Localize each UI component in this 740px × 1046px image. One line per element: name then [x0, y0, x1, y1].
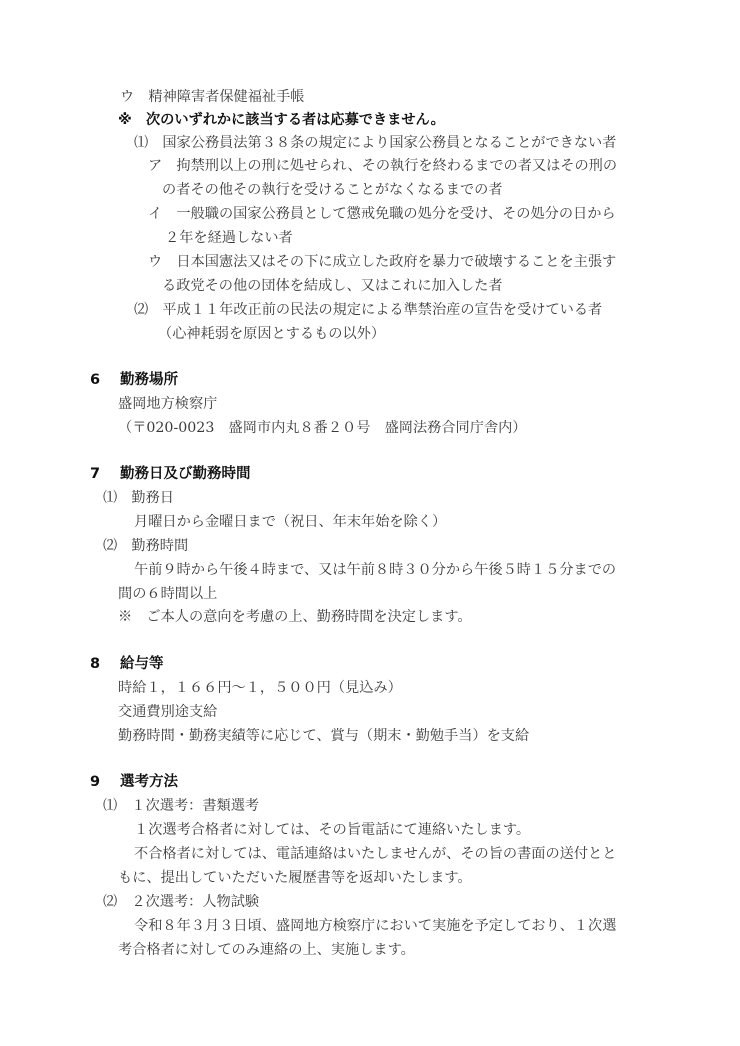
- text-line: １次選考合格者に対しては、その旨電話にて連絡いたします。: [134, 820, 530, 840]
- text-line: ウ 精神障害者保健福祉手帳: [120, 87, 304, 107]
- text-line: （心神耗弱を原因とするもの以外）: [158, 324, 385, 344]
- text-line: ウ 日本国憲法又はその下に成立した政府を暴力で破壊することを主張す: [148, 252, 616, 272]
- section-heading: 9選考方法: [90, 772, 178, 792]
- notice-heading: ※ 次のいずれかに該当する者は応募できません。: [118, 110, 445, 130]
- text-line: ア 拘禁刑以上の刑に処せられ、その執行を終わるまでの者又はその刑の: [148, 156, 617, 176]
- text-line: ⑴ 国家公務員法第３８条の規定により国家公務員となることができない者: [134, 133, 616, 153]
- text-line: 午前９時から午後４時まで、又は午前８時３０分から午後５時１５分までの: [134, 560, 616, 580]
- section-heading: 7勤務日及び勤務時間: [90, 464, 251, 484]
- section-title: 勤務場所: [120, 372, 178, 388]
- section-title: 給与等: [120, 656, 164, 672]
- text-line: ⑵ ２次選考：人物試験: [103, 892, 259, 912]
- section-number: 9: [90, 772, 120, 792]
- text-line: 不合格者に対しては、電話連絡はいたしませんが、その旨の書面の送付とと: [134, 844, 616, 864]
- text-line: 考合格者に対してのみ連絡の上、実施します。: [118, 940, 415, 960]
- text-line: 時給１，１６６円～１，５００円（見込み）: [118, 678, 402, 698]
- text-line: ⑴ １次選考：書類選考: [103, 796, 259, 816]
- section-number: 6: [90, 370, 120, 390]
- text-line: る政党その他の団体を結成し、又はこれに加入した者: [162, 276, 503, 296]
- text-line: ⑴ 勤務日: [103, 488, 174, 508]
- text-line: 月曜日から金曜日まで（祝日、年末年始を除く）: [134, 512, 446, 532]
- text-line: 交通費別途支給: [118, 702, 217, 722]
- text-line: 盛岡地方検察庁: [118, 394, 217, 414]
- text-line: イ 一般職の国家公務員として懲戒免職の処分を受け、その処分の日から: [148, 204, 616, 224]
- text-line: ⑵ 平成１１年改正前の民法の規定による準禁治産の宣告を受けている者: [134, 300, 602, 320]
- text-line: ⑵ 勤務時間: [103, 536, 188, 556]
- section-heading: 6勤務場所: [90, 370, 178, 390]
- section-heading: 8給与等: [90, 654, 164, 674]
- text-line: ※ ご本人の意向を考慮の上、勤務時間を決定します。: [118, 607, 472, 627]
- text-line: の者その他その執行を受けることがなくなるまでの者: [162, 180, 503, 200]
- text-line: 間の６時間以上: [118, 584, 217, 604]
- text-line: （〒020-0023 盛岡市内丸８番２０号 盛岡法務合同庁舎内）: [118, 418, 526, 438]
- text-line: もに、提出していただいた履歴書等を返却いたします。: [118, 868, 472, 888]
- section-number: 8: [90, 654, 120, 674]
- text-line: ２年を経過しない者: [165, 228, 293, 248]
- section-title: 勤務日及び勤務時間: [120, 466, 251, 482]
- text-line: 令和８年３月３日頃、盛岡地方検察庁において実施を予定しており、１次選: [134, 916, 616, 936]
- section-title: 選考方法: [120, 774, 178, 790]
- text-line: 勤務時間・勤務実績等に応じて、賞与（期末・勤勉手当）を支給: [118, 726, 529, 746]
- section-number: 7: [90, 464, 120, 484]
